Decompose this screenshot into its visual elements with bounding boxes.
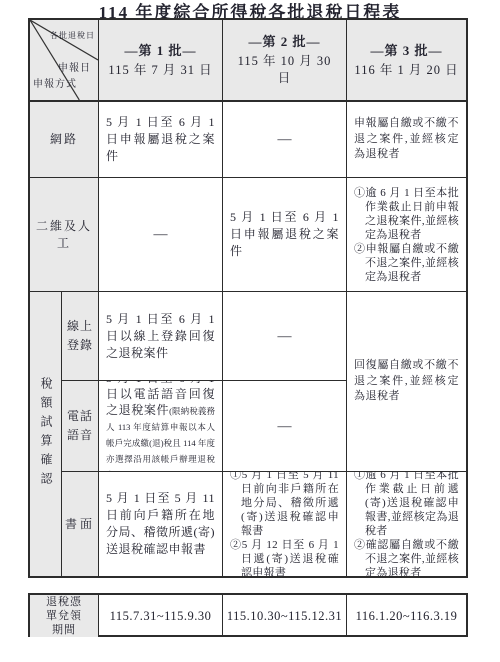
voucher-period-label-cell: 退稅憑單兌領期間 <box>30 595 99 637</box>
sub-label-phone-voice: 電話語音 <box>62 381 99 472</box>
online-batch2-cell: — <box>223 292 347 381</box>
batch-1-header: —第 1 批— 115 年 7 月 31 日 <box>99 20 223 102</box>
voucher-period-table: 退稅憑單兌領期間 115.7.31~115.9.30 115.10.30~115… <box>28 593 468 637</box>
paper-batch2-cell: ①5 月 1 日至 5 月 11 日前向非戶籍所在地分局、稽徵所遞(寄)送退稅確… <box>223 472 347 576</box>
phone-label-text: 電話語音 <box>66 407 94 445</box>
phone-batch1-text: 5 月 1 日至 6 月 1 日以電話語音回復之退稅案件(限納稅義務人 113 … <box>106 381 215 472</box>
batch-3-label: —第 3 批— <box>370 42 442 59</box>
online-phone-batch3-text: 回復屬自繳或不繳不退之案件,並經核定為退稅者 <box>354 358 459 405</box>
paper-batch3-cell: ①逾 6 月 1 日至本批作業截止日前遞(寄)送退稅確認申報書,並經核定為退稅者… <box>347 472 466 576</box>
voucher-period-batch3: 116.1.20~116.3.19 <box>347 595 466 637</box>
online-phone-batch3-merged-cell: 回復屬自繳或不繳不退之案件,並經核定為退稅者 <box>347 292 466 472</box>
network-batch1-cell: 5 月 1 日至 6 月 1 日申報屬退稅之案件 <box>99 102 223 178</box>
paper-batch2-item-2: ②5 月 12 日至 6 月 1 日遞(寄)送退稅確認申報書 <box>230 538 339 576</box>
online-batch1-cell: 5 月 1 日至 6 月 1 日以線上登錄回復之退稅案件 <box>99 292 223 381</box>
voucher-period-label: 退稅憑單兌領期間 <box>41 595 87 637</box>
barcode-batch3-item-1: ①逾 6 月 1 日至本批作業截止日前申報之退稅案件,並經核定為退稅者 <box>354 186 459 242</box>
batch-1-date: 115 年 7 月 31 日 <box>108 62 212 79</box>
voucher-period-batch1: 115.7.31~115.9.30 <box>99 595 223 637</box>
paper-batch3-item-2: ②確認屬自繳或不繳不退之案件,並經核定為退稅者 <box>354 538 459 576</box>
tax-refund-schedule-document: 114 年度綜合所得稅各批退稅日程表 各批退稅日 申報日 申報方式 —第 1 批… <box>0 0 500 662</box>
corner-header-cell: 各批退稅日 申報日 申報方式 <box>30 20 99 102</box>
corner-label-refund-date: 各批退稅日 <box>50 27 95 44</box>
network-batch3-text: 申報屬自繳或不繳不退之案件,並經核定為退稅者 <box>354 116 459 163</box>
barcode-batch3-cell: ①逾 6 月 1 日至本批作業截止日前申報之退稅案件,並經核定為退稅者 ②申報屬… <box>347 178 466 292</box>
phone-batch2-cell: — <box>223 381 347 472</box>
barcode-batch2-cell: 5 月 1 日至 6 月 1 日申報屬退稅之案件 <box>223 178 347 292</box>
refund-schedule-table: 各批退稅日 申報日 申報方式 —第 1 批— 115 年 7 月 31 日 —第… <box>28 18 468 578</box>
row-label-barcode-manual: 二維及人工 <box>30 178 99 292</box>
corner-label-filing-date: 申報日 <box>58 60 91 77</box>
online-batch1-text: 5 月 1 日至 6 月 1 日以線上登錄回復之退稅案件 <box>106 311 215 362</box>
paper-batch3-item-1: ①逾 6 月 1 日至本批作業截止日前遞(寄)送退稅確認申報書,並經核定為退稅者 <box>354 472 459 538</box>
row-label-network: 網路 <box>30 102 99 178</box>
online-label-text: 線上登錄 <box>66 317 94 355</box>
sub-label-online-registration: 線上登錄 <box>62 292 99 381</box>
network-batch3-cell: 申報屬自繳或不繳不退之案件,並經核定為退稅者 <box>347 102 466 178</box>
phone-batch1-cell: 5 月 1 日至 6 月 1 日以電話語音回復之退稅案件(限納稅義務人 113 … <box>99 381 223 472</box>
corner-label-filing-method: 申報方式 <box>33 76 77 93</box>
batch-2-header: —第 2 批— 115 年 10 月 30 日 <box>223 20 347 102</box>
batch-2-date: 115 年 10 月 30 日 <box>230 53 339 87</box>
batch-1-label: —第 1 批— <box>124 42 196 59</box>
network-batch2-cell: — <box>223 102 347 178</box>
paper-batch2-item-1: ①5 月 1 日至 5 月 11 日前向非戶籍所在地分局、稽徵所遞(寄)送退稅確… <box>230 472 339 538</box>
barcode-batch2-text: 5 月 1 日至 6 月 1 日申報屬退稅之案件 <box>230 209 339 260</box>
voucher-period-batch2: 115.10.30~115.12.31 <box>223 595 347 637</box>
tax-trial-vertical-text: 稅額試算確認 <box>37 377 54 491</box>
paper-label-text: 書面 <box>65 516 95 533</box>
barcode-batch1-cell: — <box>99 178 223 292</box>
batch-2-label: —第 2 批— <box>248 33 320 50</box>
batch-3-date: 116 年 1 月 20 日 <box>354 62 458 79</box>
paper-batch1-cell: 5 月 1 日至 5 月 11 日前向戶籍所在地分局、稽徵所遞(寄)送退稅確認申… <box>99 472 223 576</box>
section-label-tax-trial-confirmation: 稅額試算確認 <box>30 292 62 576</box>
batch-3-header: —第 3 批— 116 年 1 月 20 日 <box>347 20 466 102</box>
paper-batch1-text: 5 月 1 日至 5 月 11 日前向戶籍所在地分局、稽徵所遞(寄)送退稅確認申… <box>106 490 215 558</box>
sub-label-paper: 書面 <box>62 472 99 576</box>
network-batch1-text: 5 月 1 日至 6 月 1 日申報屬退稅之案件 <box>106 114 215 165</box>
barcode-batch3-item-2: ②申報屬自繳或不繳不退之案件,並經核定為退稅者 <box>354 242 459 284</box>
